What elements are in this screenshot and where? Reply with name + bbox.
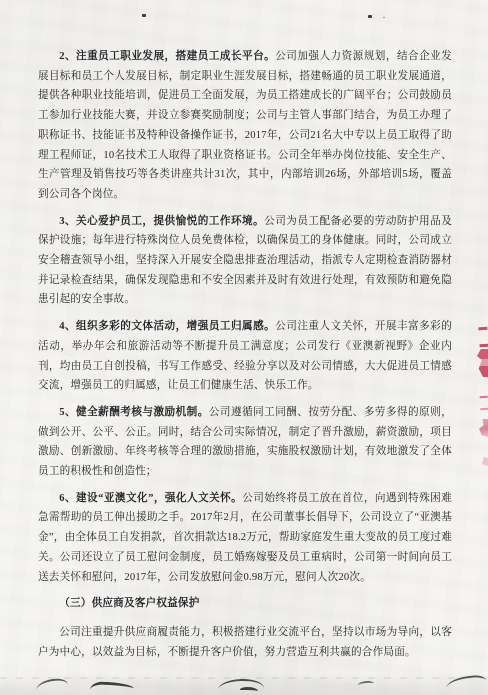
paragraph-lead: 2、注重员工职业发展，搭建员工成长平台。: [59, 51, 275, 62]
paragraph-lead: 3、关心爱护员工，提供愉悦的工作环境。: [59, 216, 264, 227]
scan-edge-shadow: [0, 674, 488, 695]
paragraph-lead: 6、建设“亚澳文化”，强化人文关怀。: [59, 493, 242, 504]
paragraph-employee-career: 2、注重员工职业发展，搭建员工成长平台。公司加强人力资源规划，结合企业发展目标和…: [38, 47, 452, 205]
page-curl-stroke: [90, 681, 134, 693]
page-curl-stroke: [240, 687, 258, 694]
paragraph-supplier-customer: 公司注重提升供应商履责能力，积极搭建行业交流平台，坚持以市场为导向，以客户为中心…: [38, 623, 452, 662]
red-margin-ink-mark: [477, 349, 488, 377]
paragraph-cultural-activities: 4、组织多彩的文体活动，增强员工归属感。公司注重人文关怀，开展丰富多彩的活动，举…: [38, 317, 452, 396]
paragraph-employee-care: 3、关心爱护员工，提供愉悦的工作环境。公司为员工配备必要的劳动防护用品及保护设施…: [38, 212, 452, 311]
paragraph-company-culture: 6、建设“亚澳文化”，强化人文关怀。公司始终将员工放在首位，向遇到特殊困难急需帮…: [38, 489, 452, 588]
staple-mark-icon: [142, 14, 146, 17]
paragraph-text: 公司为员工配备必要的劳动防护用品及保护设施；每年进行特殊岗位人员免费体检，以确保…: [38, 216, 452, 306]
section-heading: （三）供应商及客户权益保护: [38, 594, 452, 614]
red-margin-ink-mark: [478, 327, 488, 348]
paragraph-text: 公司加强人力资源规划，结合企业发展目标和员工个人发展目标，制定职业生涯发展目标，…: [38, 51, 452, 200]
page-curl-stroke: [36, 678, 69, 691]
staple-mark-icon: [368, 15, 372, 18]
document-body: 2、注重员工职业发展，搭建员工成长平台。公司加强人力资源规划，结合企业发展目标和…: [38, 47, 452, 669]
paragraph-text: 公司始终将员工放在首位，向遇到特殊困难急需帮助的员工伸出援助之手。2017年2月…: [38, 493, 452, 583]
page-curl-stroke: [358, 680, 375, 689]
paragraph-compensation-incentive: 5、健全薪酬考核与激励机制。公司遵循同工同酬、按劳分配、多劳多得的原则，做到公开…: [38, 403, 452, 482]
paragraph-lead: 4、组织多彩的文体活动，增强员工归属感。: [59, 321, 275, 332]
paragraph-lead: 5、健全薪酬考核与激励机制。: [59, 407, 209, 418]
scanned-page: 2、注重员工职业发展，搭建员工成长平台。公司加强人力资源规划，结合企业发展目标和…: [0, 0, 488, 695]
red-margin-ink-mark: [482, 457, 488, 466]
red-margin-ink-mark: [480, 396, 488, 410]
red-margin-ink-mark: [479, 419, 488, 437]
page-curl-stroke: [446, 675, 487, 689]
